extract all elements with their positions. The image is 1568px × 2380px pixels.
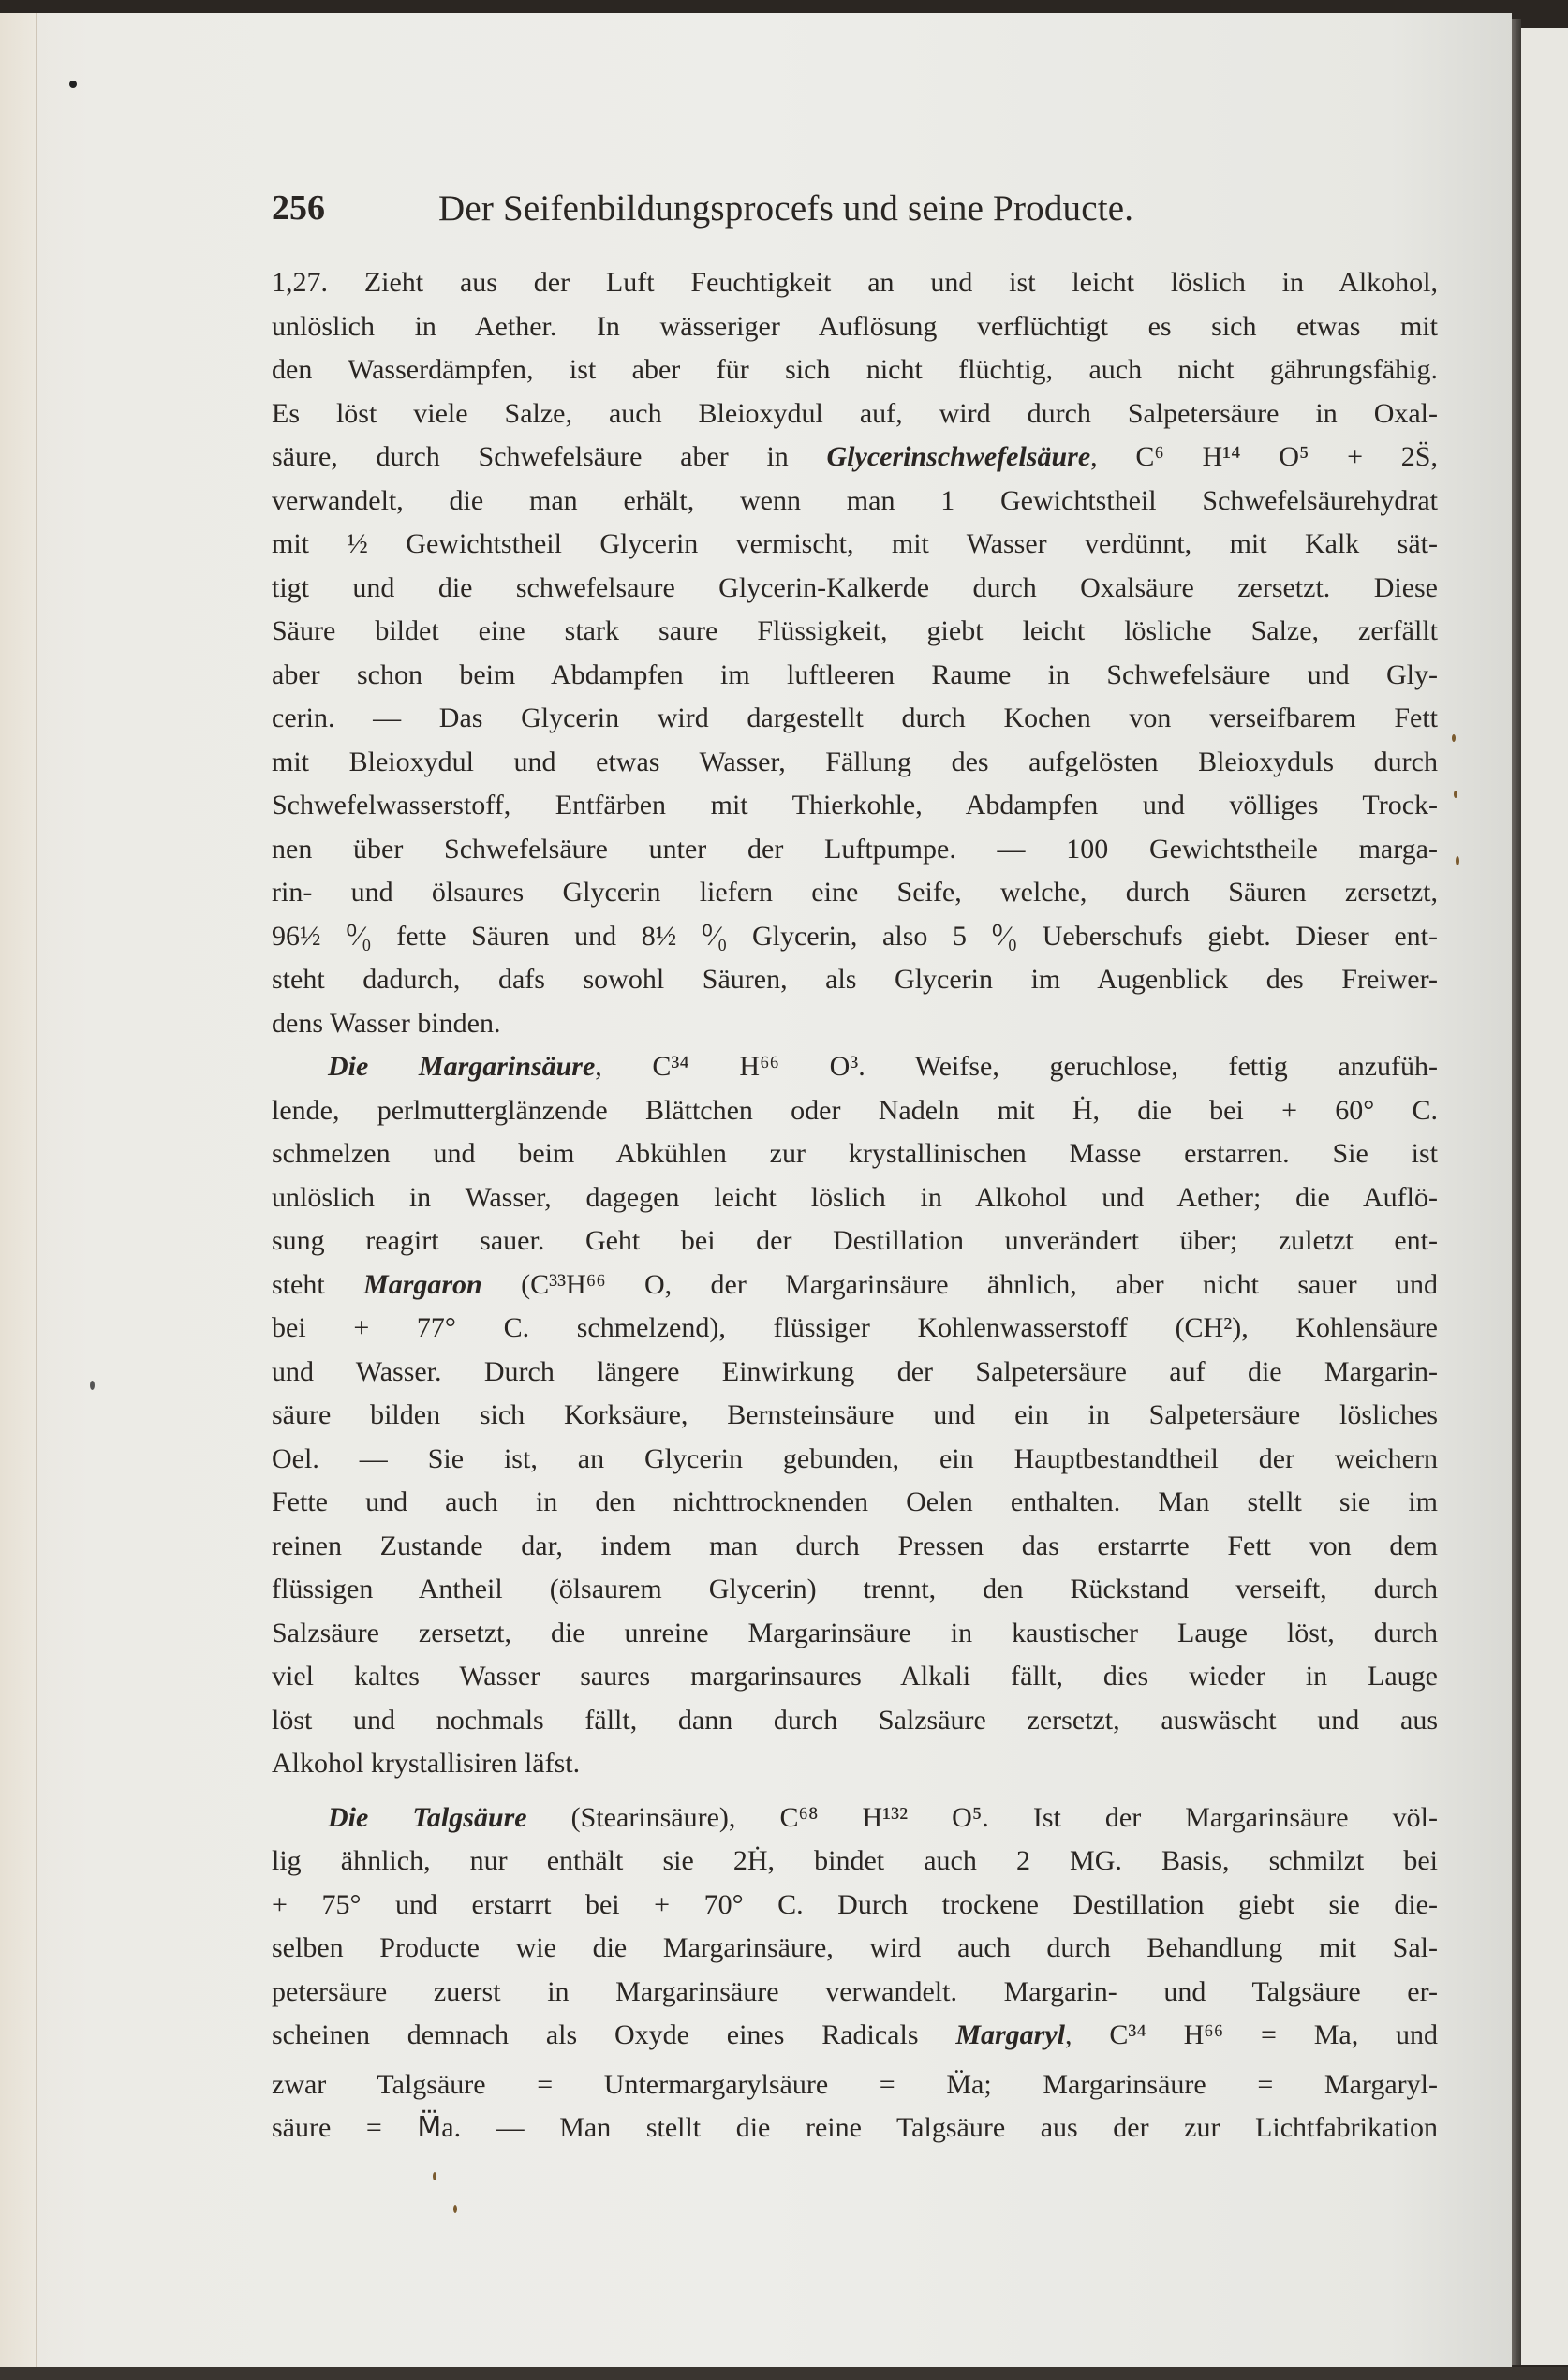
text-line: löst und nochmals fällt, dann durch Salz… bbox=[272, 1699, 1438, 1743]
next-page-edge bbox=[1521, 28, 1568, 2365]
running-head: 256 Der Seifenbildungsprocefs und seine … bbox=[272, 187, 1452, 234]
italic-term: Glycerinschwefelsäure bbox=[827, 441, 1091, 472]
text-line: flüssigen Antheil (ölsaurem Glycerin) tr… bbox=[272, 1568, 1438, 1612]
text-line: schmelzen und beim Abkühlen zur krystall… bbox=[272, 1132, 1438, 1176]
text-line: Säure bildet eine stark saure Flüssigkei… bbox=[272, 610, 1438, 654]
text-line: viel kaltes Wasser saures margarinsaures… bbox=[272, 1655, 1438, 1699]
text-line: mit Bleioxydul und etwas Wasser, Fällung… bbox=[272, 741, 1438, 785]
text-line: und Wasser. Durch längere Einwirkung der… bbox=[272, 1351, 1438, 1395]
text-line: 1,27. Zieht aus der Luft Feuchtigkeit an… bbox=[272, 261, 1438, 305]
italic-term: Die Margarinsäure bbox=[328, 1051, 595, 1082]
text-line: Oel. — Sie ist, an Glycerin gebunden, ei… bbox=[272, 1438, 1438, 1482]
book-gutter-shadow bbox=[1512, 19, 1521, 2365]
text-line: selben Producte wie die Margarinsäure, w… bbox=[272, 1927, 1438, 1971]
ink-spot bbox=[69, 81, 77, 88]
page-number: 256 bbox=[272, 187, 325, 229]
text-line: Es löst viele Salze, auch Bleioxydul auf… bbox=[272, 392, 1438, 436]
text-line: säure = M⃛a. — Man stellt die reine Talg… bbox=[272, 2107, 1438, 2151]
text-line: Alkohol krystallisiren läfst. bbox=[272, 1742, 1438, 1786]
italic-term: Die Talgsäure bbox=[328, 1802, 527, 1833]
text-line: Salzsäure zersetzt, die unreine Margarin… bbox=[272, 1612, 1438, 1656]
text-line: petersäure zuerst in Margarinsäure verwa… bbox=[272, 1971, 1438, 2015]
text-line: den Wasserdämpfen, ist aber für sich nic… bbox=[272, 348, 1438, 392]
text-line: unlöslich in Aether. In wässeriger Auflö… bbox=[272, 305, 1438, 349]
text-line: lende, perlmutterglänzende Blättchen ode… bbox=[272, 1089, 1438, 1133]
foxing-spot bbox=[1452, 734, 1456, 742]
book-page: 256 Der Seifenbildungsprocefs und seine … bbox=[0, 13, 1512, 2368]
running-head-title: Der Seifenbildungsprocefs und seine Prod… bbox=[438, 187, 1133, 229]
text-line: Schwefelwasserstoff, Entfärben mit Thier… bbox=[272, 784, 1438, 828]
text-line: dens Wasser binden. bbox=[272, 1002, 1438, 1046]
text-line: säure bilden sich Korksäure, Bernsteinsä… bbox=[272, 1394, 1438, 1438]
foxing-spot bbox=[1456, 856, 1459, 865]
italic-term: Margaryl bbox=[955, 2019, 1065, 2050]
text-line: Die Talgsäure (Stearinsäure), C⁶⁸ H¹³² O… bbox=[272, 1796, 1438, 1840]
text-line: mit ½ Gewichtstheil Glycerin vermischt, … bbox=[272, 523, 1438, 567]
text-line: säure, durch Schwefelsäure aber in Glyce… bbox=[272, 436, 1438, 480]
text-line: Die Margarinsäure, C³⁴ H⁶⁶ O³. Weifse, g… bbox=[272, 1045, 1438, 1089]
text-line: steht dadurch, dafs sowohl Säuren, als G… bbox=[272, 958, 1438, 1002]
body-text: 1,27. Zieht aus der Luft Feuchtigkeit an… bbox=[272, 261, 1438, 2151]
text-line: steht Margaron (C³³H⁶⁶ O, der Margarinsä… bbox=[272, 1264, 1438, 1308]
margin-spot bbox=[90, 1381, 95, 1390]
text-line: verwandelt, die man erhält, wenn man 1 G… bbox=[272, 480, 1438, 524]
text-line: Fette und auch in den nichttrocknenden O… bbox=[272, 1481, 1438, 1525]
text-line: tigt und die schwefelsaure Glycerin-Kalk… bbox=[272, 567, 1438, 611]
text-line: unlöslich in Wasser, dagegen leicht lösl… bbox=[272, 1176, 1438, 1220]
scan-bottom-edge bbox=[0, 2367, 1568, 2380]
text-line: cerin. — Das Glycerin wird dargestellt d… bbox=[272, 697, 1438, 741]
text-line: sung reagirt sauer. Geht bei der Destill… bbox=[272, 1220, 1438, 1264]
text-line: nen über Schwefelsäure unter der Luftpum… bbox=[272, 828, 1438, 872]
previous-page-edge bbox=[0, 13, 37, 2368]
foxing-spot bbox=[1454, 791, 1457, 798]
text-line: lig ähnlich, nur enthält sie 2Ḣ, bindet … bbox=[272, 1840, 1438, 1884]
text-line: rin- und ölsaures Glycerin liefern eine … bbox=[272, 871, 1438, 915]
text-line: aber schon beim Abdampfen im luftleeren … bbox=[272, 654, 1438, 698]
foxing-spot bbox=[453, 2205, 457, 2213]
text-line: bei + 77° C. schmelzend), flüssiger Kohl… bbox=[272, 1307, 1438, 1351]
text-line: zwar Talgsäure = Untermargarylsäure = M̈… bbox=[272, 2063, 1438, 2107]
text-line: reinen Zustande dar, indem man durch Pre… bbox=[272, 1525, 1438, 1569]
italic-term: Margaron bbox=[363, 1269, 482, 1300]
text-line: 96½ ⁰⁄₀ fette Säuren und 8½ ⁰⁄₀ Glycerin… bbox=[272, 915, 1438, 959]
text-line: + 75° und erstarrt bei + 70° C. Durch tr… bbox=[272, 1884, 1438, 1928]
text-line: scheinen demnach als Oxyde eines Radical… bbox=[272, 2014, 1438, 2058]
foxing-spot bbox=[433, 2172, 436, 2180]
